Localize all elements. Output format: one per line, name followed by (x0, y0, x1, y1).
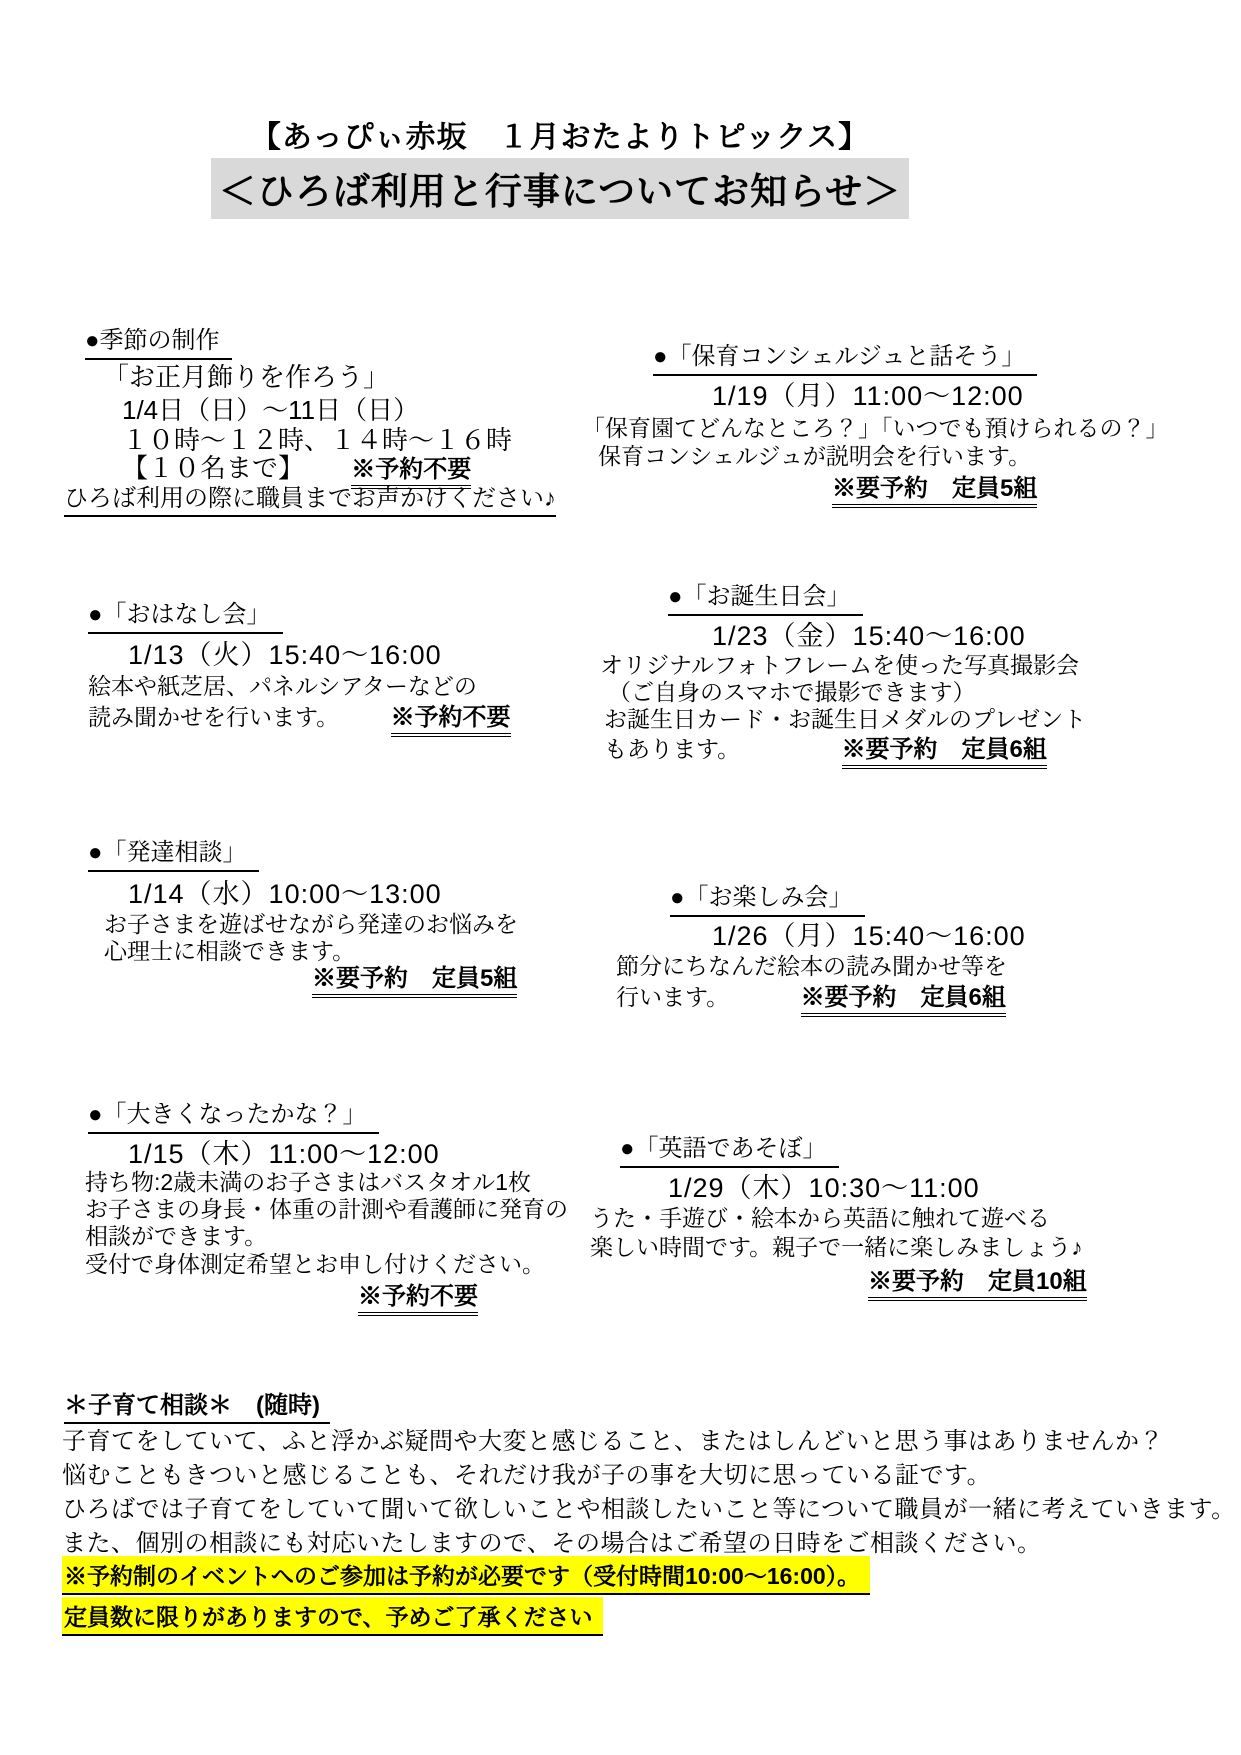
event-note-line: ※予約不要 (358, 1276, 478, 1316)
event-heading-ohanashi: ●「おはなし会」 (88, 594, 283, 634)
event-heading-hoiku: ●「保育コンシェルジュと話そう」 (653, 336, 1037, 376)
event-footer: ひろば利用の際に職員までお声かけください♪ (64, 478, 556, 517)
event-line-with-note: 読み聞かせを行います。 ※予約不要 (88, 697, 511, 737)
reservation-note: ※要予約 定員6組 (842, 729, 1047, 769)
event-heading-birthday: ●「お誕生日会」 (668, 576, 863, 616)
event-line: 読み聞かせを行います。 (88, 704, 339, 730)
page-title: 【あっぴぃ赤坂 １月おたよりトピックス】 (0, 112, 1120, 156)
event-note-line: ※要予約 定員5組 (312, 958, 517, 998)
reservation-note: ※要予約 定員5組 (832, 468, 1037, 508)
event-line-with-note: 行います。 ※要予約 定員6組 (616, 977, 1006, 1017)
document-page: 【あっぴぃ赤坂 １月おたよりトピックス】 ＜ひろば利用と行事についてお知らせ＞ … (0, 0, 1241, 1755)
consult-paragraph: また、個別の相談にも対応いたしますので、その場合はご希望の日時をご相談ください。 (62, 1523, 1042, 1558)
consult-paragraph: 子育てをしていて、ふと浮かぶ疑問や大変と感じること、またはしんどいと思う事はあり… (62, 1421, 1164, 1456)
event-note-line: ※要予約 定員10組 (868, 1261, 1087, 1301)
page-subtitle: ＜ひろば利用と行事についてお知らせ＞ (211, 158, 909, 219)
event-line: もあります。 (604, 736, 740, 762)
consult-paragraph: 悩むこともきついと感じることも、それだけ我が子の事を大切に思っている証です。 (62, 1455, 991, 1490)
event-line: 楽しい時間です。親子で一緒に楽しみましょう♪ (590, 1229, 1083, 1262)
consult-paragraph: ひろばでは子育てをしていて聞いて欲しいことや相談したいこと等について職員が一緒に… (62, 1489, 1236, 1524)
reservation-note: ※予約不要 (391, 697, 511, 737)
event-heading-seasonal: ●季節の制作 (85, 320, 232, 360)
event-subtitle: 「お正月飾りを作ろう」 (103, 357, 389, 394)
event-heading-otanoshimi: ●「お楽しみ会」 (670, 877, 865, 917)
notice-highlight-wrap: 定員数に限りがありますので、予めご了承ください (62, 1597, 603, 1636)
reservation-note: ※要予約 定員10組 (868, 1261, 1087, 1301)
event-line: 保育コンシェルジュが説明会を行います。 (598, 438, 1031, 471)
reservation-note: ※要予約 定員6組 (801, 977, 1006, 1017)
event-date: 1/19（月）11:00～12:00 (712, 374, 1024, 413)
reservation-note: ※要予約 定員5組 (312, 958, 517, 998)
event-heading-ookiku: ●「大きくなったかな？」 (88, 1094, 379, 1134)
notice-highlight: ※予約制のイベントへのご参加は予約が必要です（受付時間10:00～16:00）。 (62, 1556, 870, 1595)
event-date: 1/13（火）15:40～16:00 (128, 633, 442, 672)
notice-highlight-wrap: ※予約制のイベントへのご参加は予約が必要です（受付時間10:00～16:00）。 (62, 1556, 870, 1595)
page-subtitle-wrap: ＜ひろば利用と行事についてお知らせ＞ (0, 158, 1120, 219)
event-line-with-note: もあります。 ※要予約 定員6組 (604, 729, 1047, 769)
event-heading-english: ●「英語であそぼ」 (620, 1128, 839, 1168)
event-note-line: ※要予約 定員5組 (832, 468, 1037, 508)
event-line: 受付で身体測定希望とお申し付けください。 (85, 1246, 545, 1279)
notice-highlight: 定員数に限りがありますので、予めご了承ください (62, 1597, 603, 1636)
event-line: 行います。 (616, 984, 729, 1010)
reservation-note: ※予約不要 (358, 1276, 478, 1316)
consult-heading: ＊子育て相談＊ (随時) (64, 1385, 330, 1424)
event-heading-hattatsu: ●「発達相談」 (88, 832, 259, 872)
